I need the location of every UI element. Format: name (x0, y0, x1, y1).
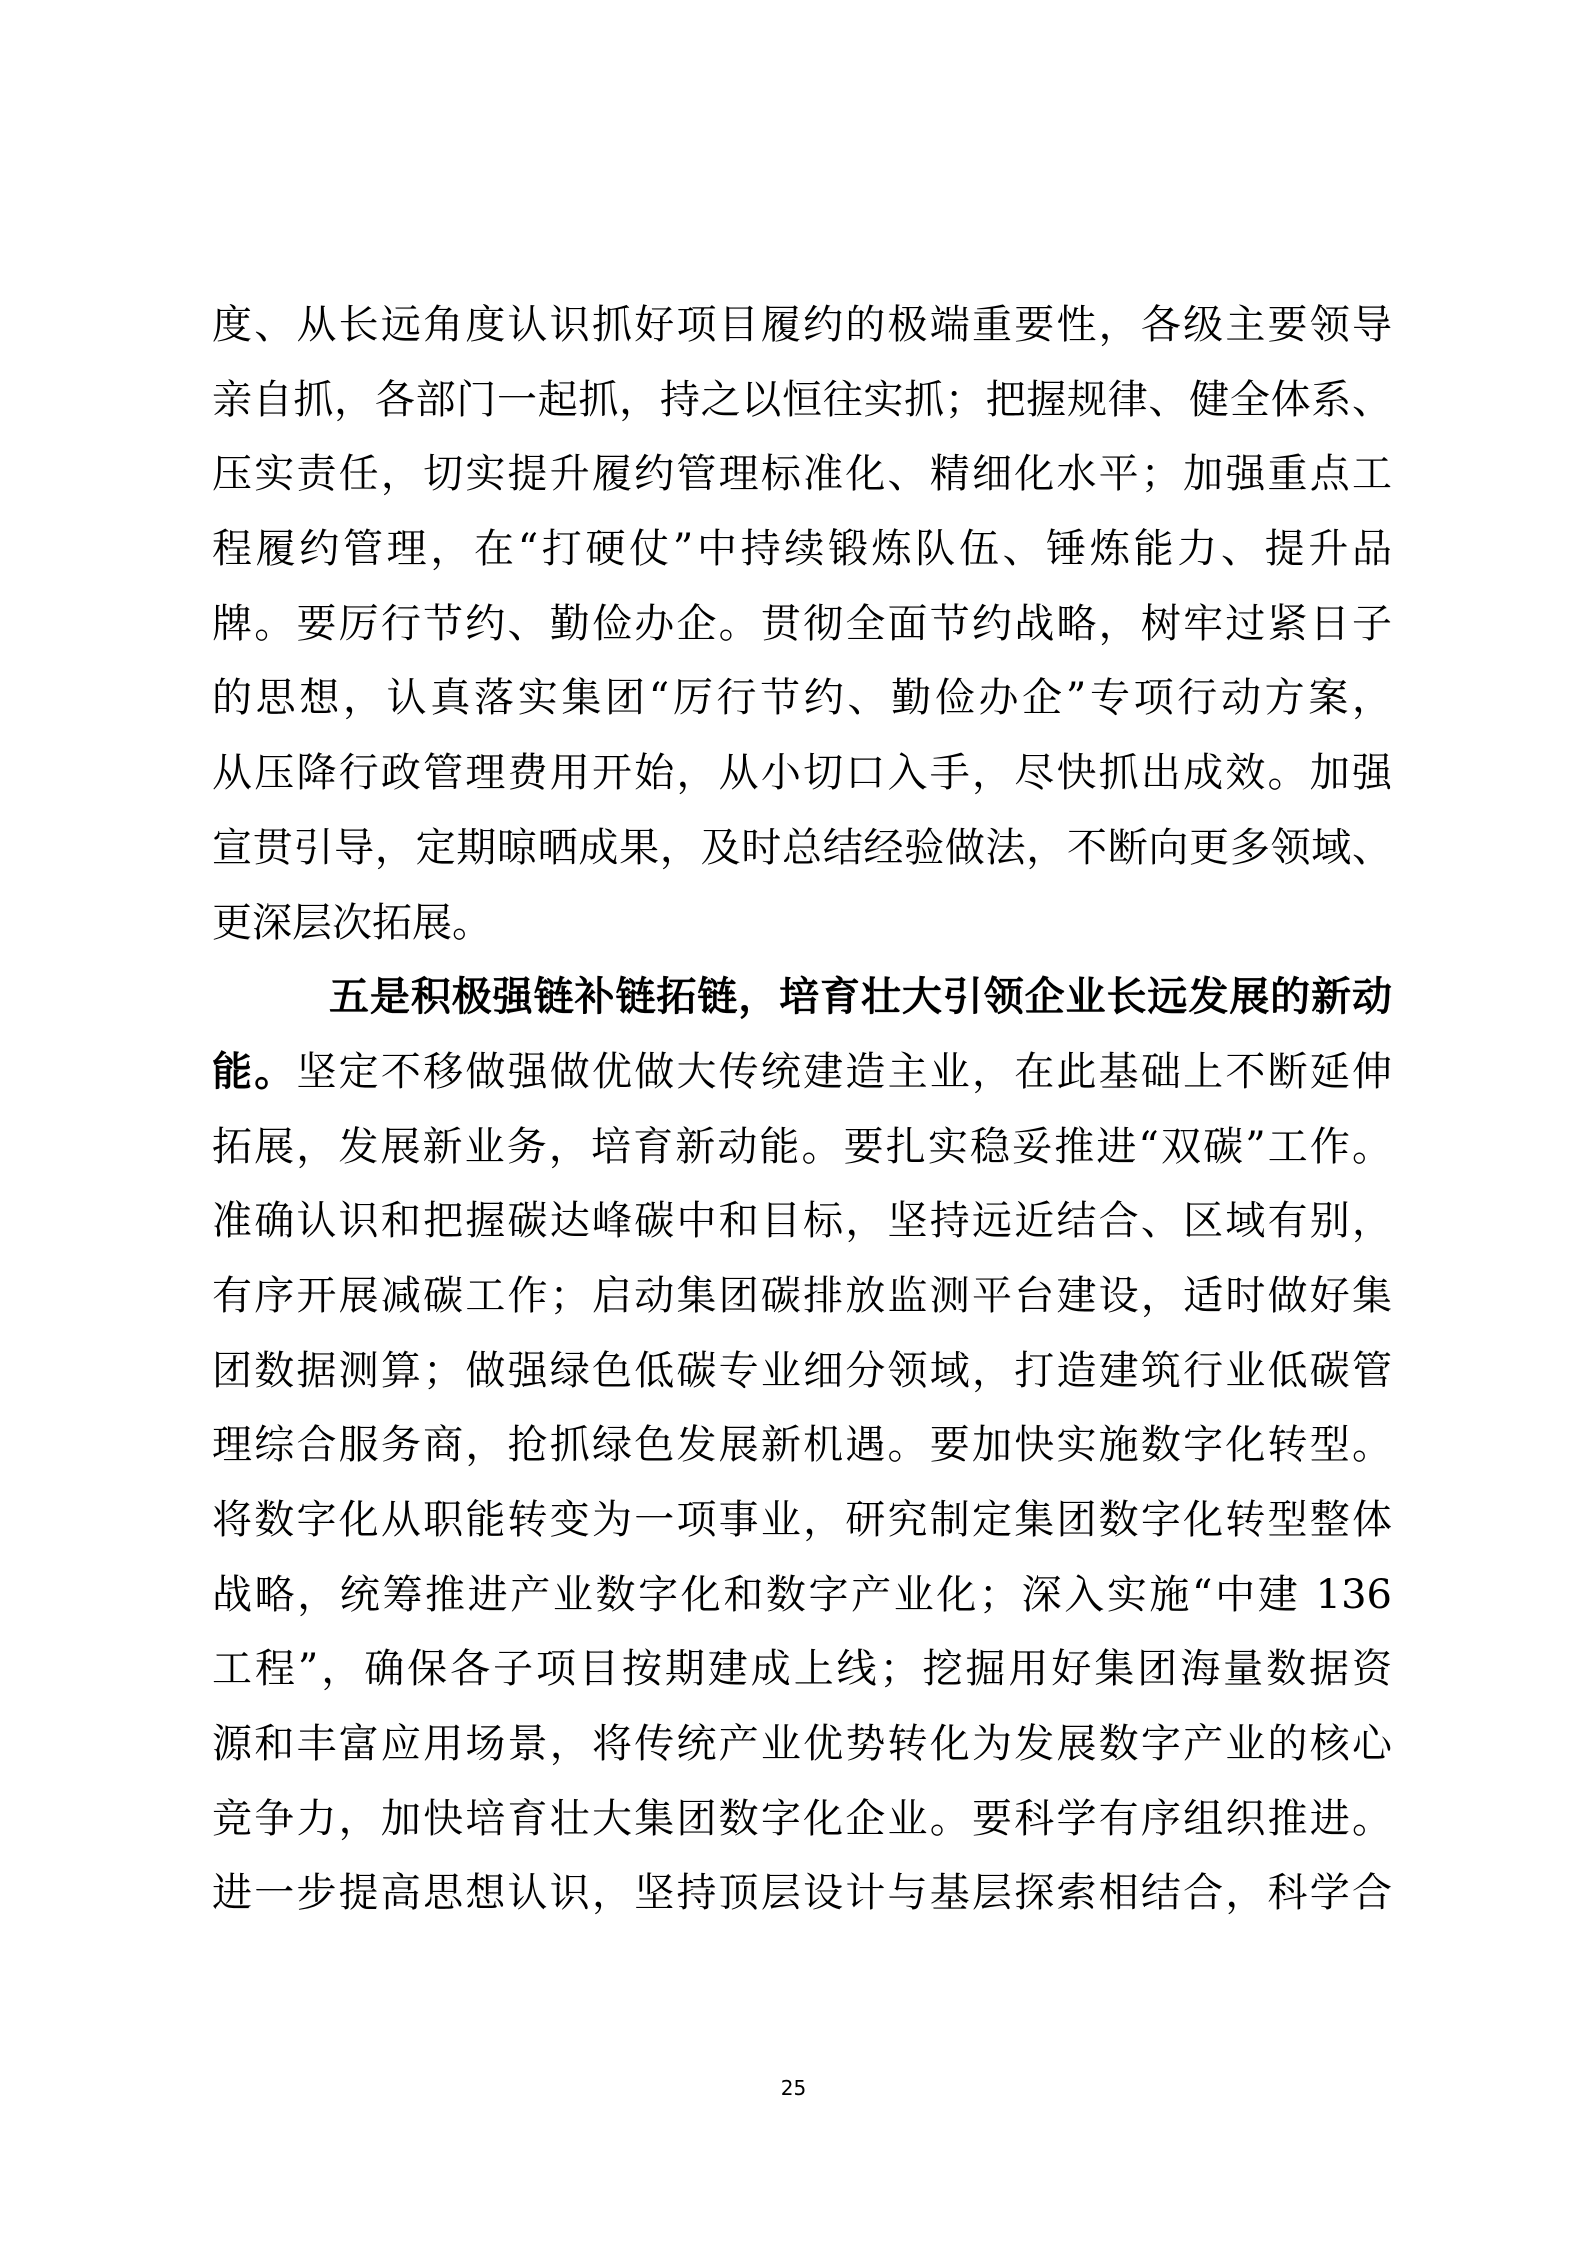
text-line: 拓展，发展新业务，培育新动能。要扎实稳妥推进“双碳”工作。 (212, 1110, 1392, 1185)
text-line: 源和丰富应用场景，将传统产业优势转化为发展数字产业的核心 (212, 1707, 1392, 1782)
paragraph-heading-end: 能。 (212, 1048, 296, 1095)
paragraph-five: 五是积极强链补链拓链，培育壮大引领企业长远发展的新动 能。坚定不移做强做优做大传… (212, 960, 1392, 1931)
text-line: 战略，统筹推进产业数字化和数字产业化；深入实施“中建 136 (212, 1558, 1392, 1633)
text-line: 将数字化从职能转变为一项事业，研究制定集团数字化转型整体 (212, 1483, 1392, 1558)
text-line: 竞争力，加快培育壮大集团数字化企业。要科学有序组织推进。 (212, 1782, 1392, 1857)
text-segment: 坚定不移做强做优做大传统建造主业，在此基础上不断延伸 (296, 1049, 1392, 1095)
text-line: 工程”，确保各子项目按期建成上线；挖掘用好集团海量数据资 (212, 1632, 1392, 1707)
document-page: 度、从长远角度认识抓好项目履约的极端重要性，各级主要领导 亲自抓，各部门一起抓，… (0, 0, 1587, 2245)
text-line: 牌。要厉行节约、勤俭办企。贯彻全面节约战略，树牢过紧日子 (212, 587, 1392, 662)
text-line: 的思想，认真落实集团“厉行节约、勤俭办企”专项行动方案， (212, 661, 1392, 736)
text-line: 准确认识和把握碳达峰碳中和目标，坚持远近结合、区域有别， (212, 1184, 1392, 1259)
text-line: 宣贯引导，定期晾晒成果，及时总结经验做法，不断向更多领域、 (212, 811, 1392, 886)
text-line: 程履约管理，在“打硬仗”中持续锻炼队伍、锤炼能力、提升品 (212, 512, 1392, 587)
text-line: 理综合服务商，抢抓绿色发展新机遇。要加快实施数字化转型。 (212, 1408, 1392, 1483)
text-line: 更深层次拓展。 (212, 886, 1392, 961)
text-line: 亲自抓，各部门一起抓，持之以恒往实抓；把握规律、健全体系、 (212, 363, 1392, 438)
text-line: 进一步提高思想认识，坚持顶层设计与基层探索相结合，科学合 (212, 1856, 1392, 1931)
paragraph-continued: 度、从长远角度认识抓好项目履约的极端重要性，各级主要领导 亲自抓，各部门一起抓，… (212, 288, 1392, 960)
text-line: 度、从长远角度认识抓好项目履约的极端重要性，各级主要领导 (212, 288, 1392, 363)
text-line: 有序开展减碳工作；启动集团碳排放监测平台建设，适时做好集 (212, 1259, 1392, 1334)
text-line: 团数据测算；做强绿色低碳专业细分领域，打造建筑行业低碳管 (212, 1334, 1392, 1409)
text-line-mixed: 能。坚定不移做强做优做大传统建造主业，在此基础上不断延伸 (212, 1035, 1392, 1110)
page-number: 25 (0, 2076, 1587, 2100)
paragraph-heading-line: 五是积极强链补链拓链，培育壮大引领企业长远发展的新动 (212, 960, 1392, 1035)
text-line: 从压降行政管理费用开始，从小切口入手，尽快抓出成效。加强 (212, 736, 1392, 811)
text-line: 压实责任，切实提升履约管理标准化、精细化水平；加强重点工 (212, 437, 1392, 512)
body-text: 度、从长远角度认识抓好项目履约的极端重要性，各级主要领导 亲自抓，各部门一起抓，… (212, 288, 1392, 1931)
